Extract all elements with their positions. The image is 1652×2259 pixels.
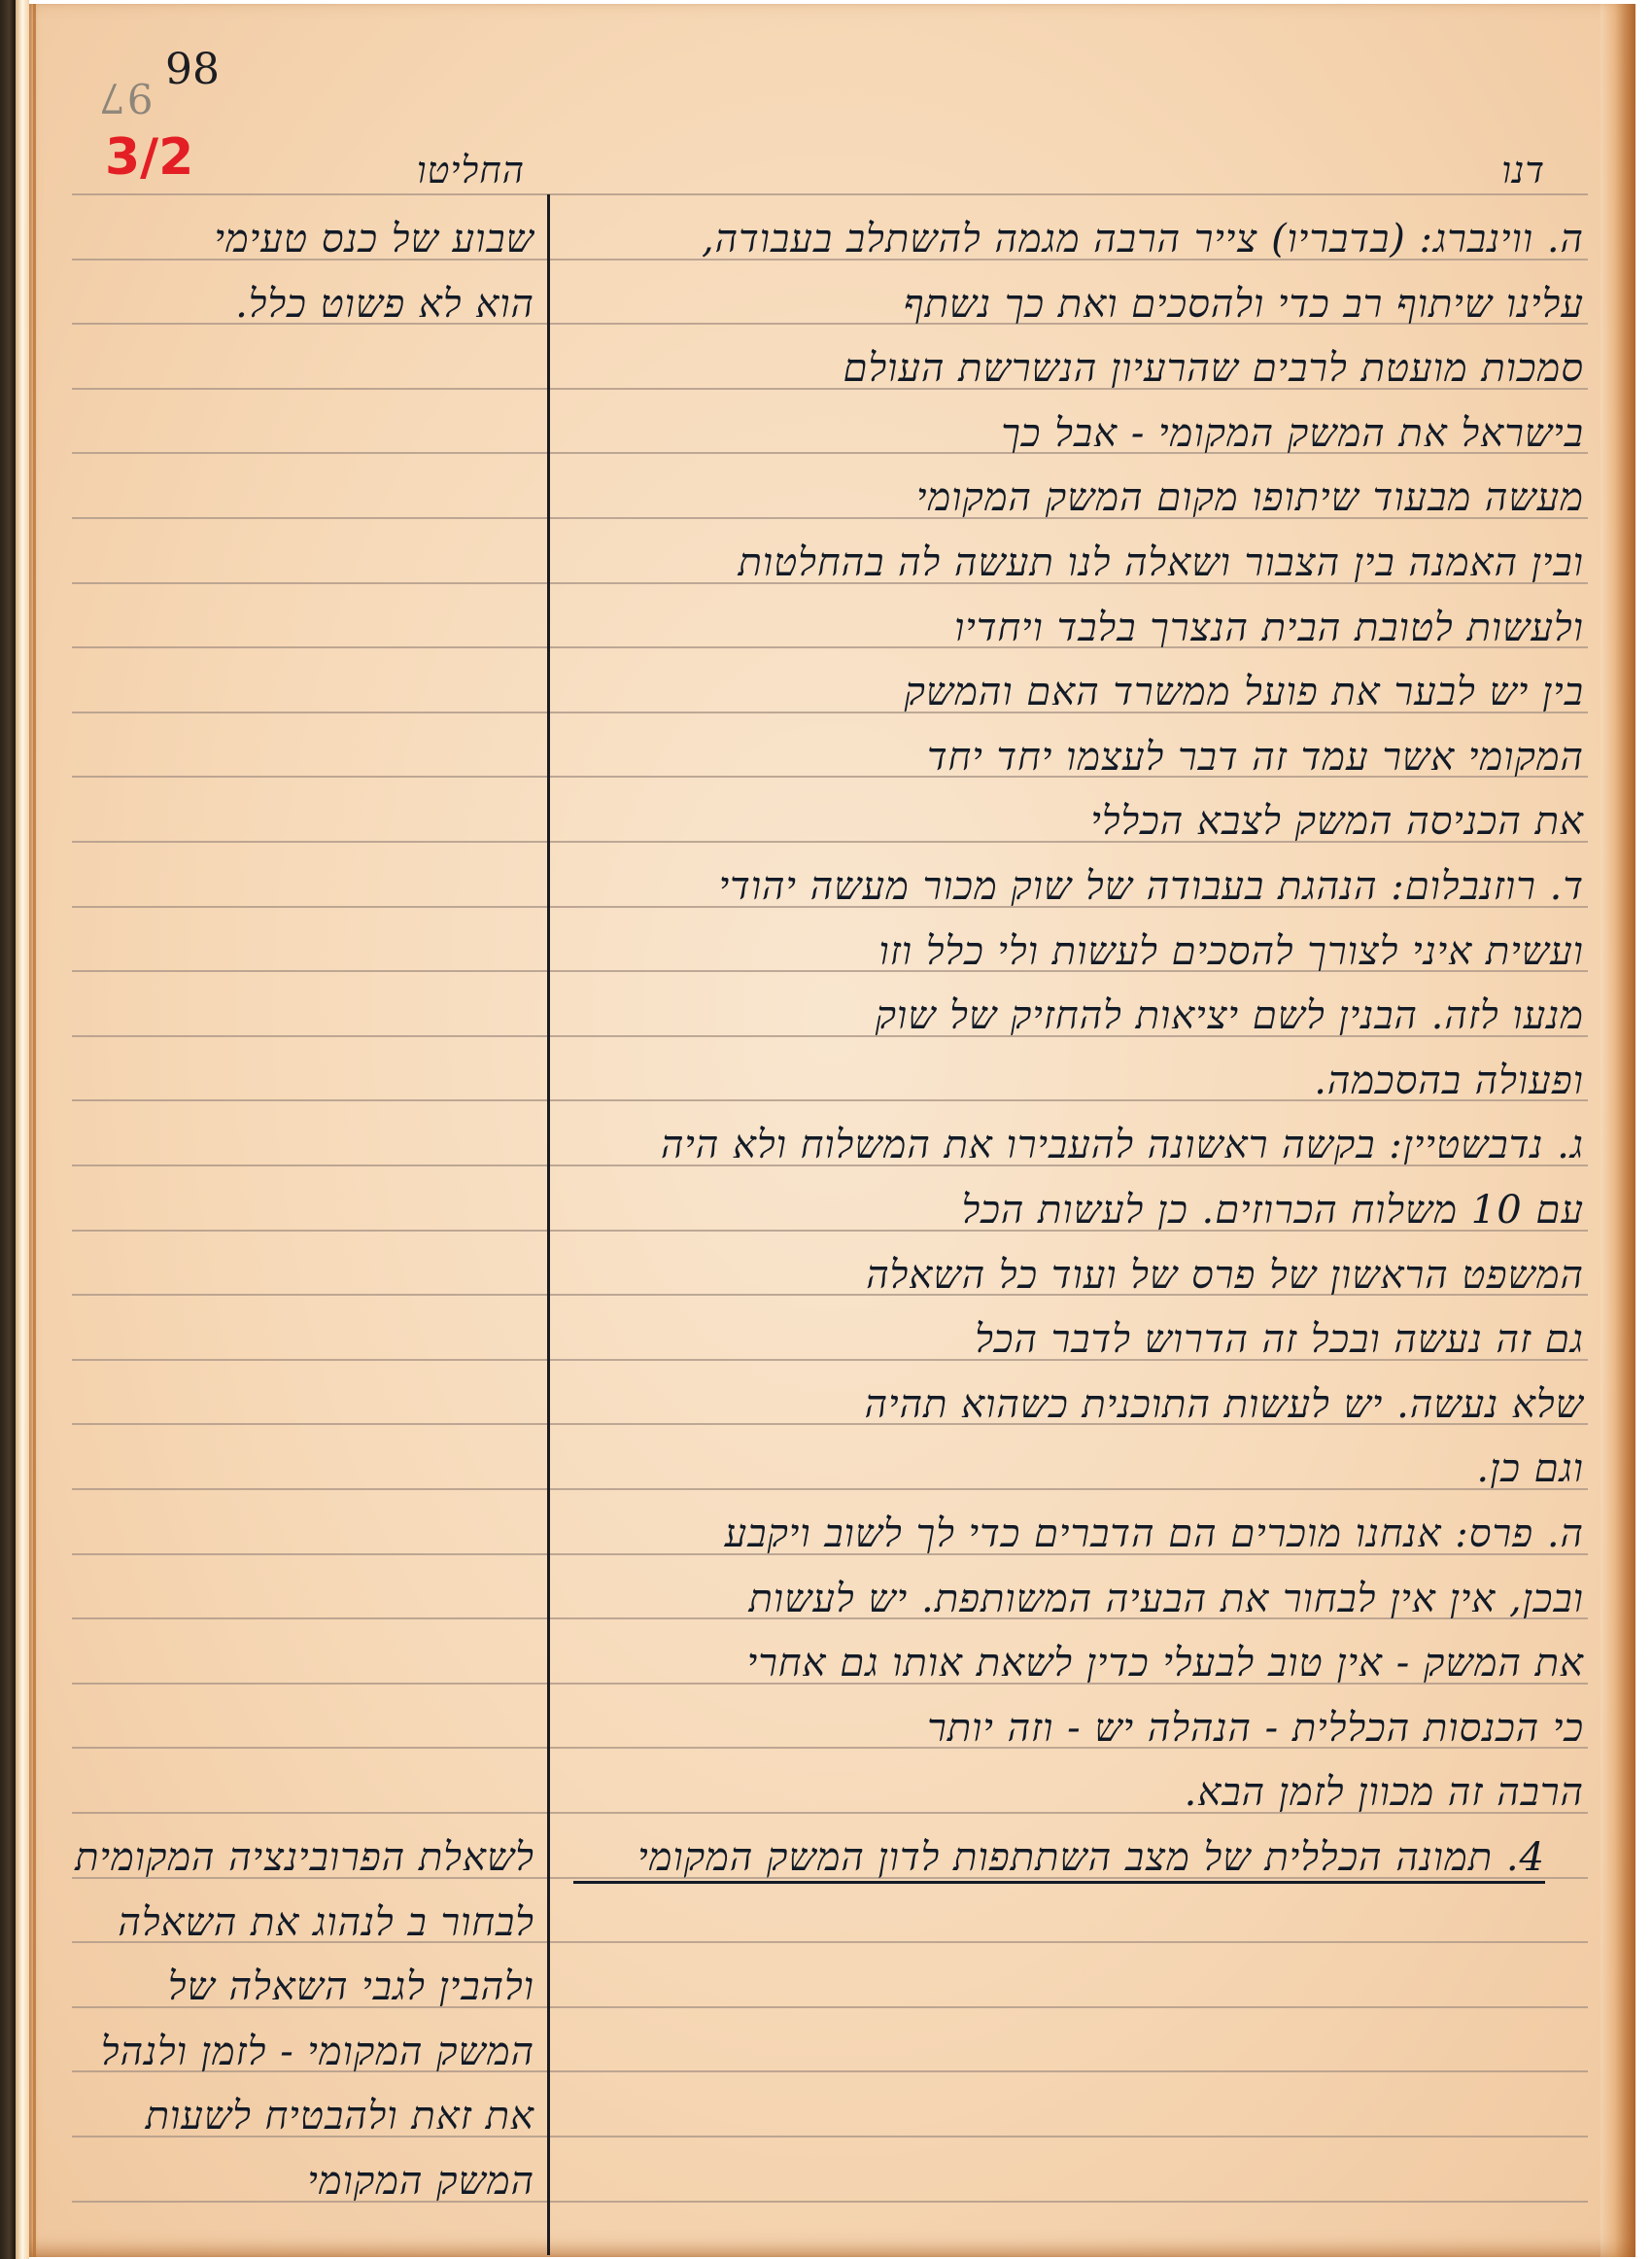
decision-item4-line: ולהבין לגבי השאלה של (68, 1967, 534, 2006)
discussion-line: מנעו לזה. הבנין לשם יציאות להחזיק של שוק (573, 996, 1584, 1035)
decision-line: שבוע של כנס טעימי (87, 220, 534, 259)
notebook-page: 97 98 3/2 החליטו דנו שבוע של כנס טעימיהו… (29, 4, 1635, 2257)
discussion-line: הרבה זה מכוון לזמן הבא. (573, 1773, 1584, 1812)
decision-item4-line: המשק המקומי - לזמן ולנהל (68, 2033, 534, 2071)
discussion-line: ועשית איני לצורך להסכים לעשות ולי כלל וז… (573, 932, 1584, 971)
discussion-line: גם זה נעשה ובכל זה הדרוש לדבר הכל (573, 1320, 1584, 1359)
discussion-line: ג. נדבשטיין: בקשה ראשונה להעבירו את המשל… (573, 1126, 1584, 1164)
discussion-line: סמכות מועטת לרבים שהרעיון הנשרשת העולם (573, 349, 1584, 388)
discussion-line: ה. פרס: אנחנו מוכרים הם הדברים כדי לך לש… (573, 1514, 1584, 1553)
decision-item4-line: המשק המקומי (68, 2162, 534, 2201)
decision-item4-line: את זאת ולהבטיח לשעות (68, 2097, 534, 2136)
page-gutter (16, 0, 29, 2259)
column-divider (547, 194, 550, 2255)
ruled-line (72, 193, 1588, 195)
decision-line: הוא לא פשוט כלל. (87, 285, 534, 324)
page-right-edge-shading (1600, 4, 1635, 2257)
discussion-line: ופעולה בהסכמה. (573, 1061, 1584, 1100)
mirrored-page-number: 97 (97, 74, 153, 122)
discussion-line: עם 10 משלוח הכרוזים. כן לעשות הכל (573, 1191, 1584, 1230)
right-column-header: דנו (1467, 152, 1545, 189)
discussion-line: בישראל את המשק המקומי - אבל כך (573, 414, 1584, 453)
decision-item4-line: לשאלת הפרובינציה המקומית (68, 1838, 534, 1877)
discussion-line: שלא נעשה. יש לעשות התוכנית כשהוא תהיה (573, 1385, 1584, 1424)
left-column-header: החליטו (418, 152, 525, 189)
decision-item4-line: לבחור ב לנהוג את השאלה (68, 1903, 534, 1942)
page-left-edge-line (33, 4, 36, 2257)
discussion-line: ה. ווינברג: (בדבריו) צייר הרבה מגמה להשת… (573, 220, 1584, 259)
archive-label: 3/2 (105, 128, 193, 187)
discussion-line: ובכן, אין אין לבחור את הבעיה המשותפת. יש… (573, 1580, 1584, 1618)
discussion-line: את המשק - אין טוב לבעלי כדין לשאת אותו ג… (573, 1644, 1584, 1683)
agenda-item-4: 4. תמונה הכללית של מצב השתתפות לדון המשק… (573, 1838, 1545, 1884)
book-binding-edge (0, 0, 16, 2259)
discussion-line: את הכניסה המשק לצבא הכללי (573, 802, 1584, 841)
stamped-page-number: 98 (165, 45, 220, 94)
discussion-line: כי הכנסות הכללית - הנהלה יש - וזה יותר (573, 1709, 1584, 1748)
discussion-line: ד. רוזנבלום: הנהגת בעבודה של שוק מכור מע… (573, 867, 1584, 906)
discussion-line: ובין האמנה בין הצבור ושאלה לנו תעשה לה ב… (573, 543, 1584, 582)
discussion-line: וגם כן. (573, 1449, 1584, 1488)
discussion-line: מעשה מבעוד שיתופו מקום המשק המקומי (573, 478, 1584, 517)
discussion-line: המשפט הראשון של פרס של ועוד כל השאלה (573, 1256, 1584, 1295)
discussion-line: עלינו שיתוף רב כדי ולהסכים ואת כך נשתף (573, 285, 1584, 324)
discussion-line: ולעשות לטובת הבית הנצרך בלבד ויחדיו (573, 608, 1584, 647)
discussion-line: בין יש לבער את פועל ממשרד האם והמשק (573, 673, 1584, 712)
discussion-line: המקומי אשר עמד זה דבר לעצמו יחד יחד (573, 738, 1584, 777)
